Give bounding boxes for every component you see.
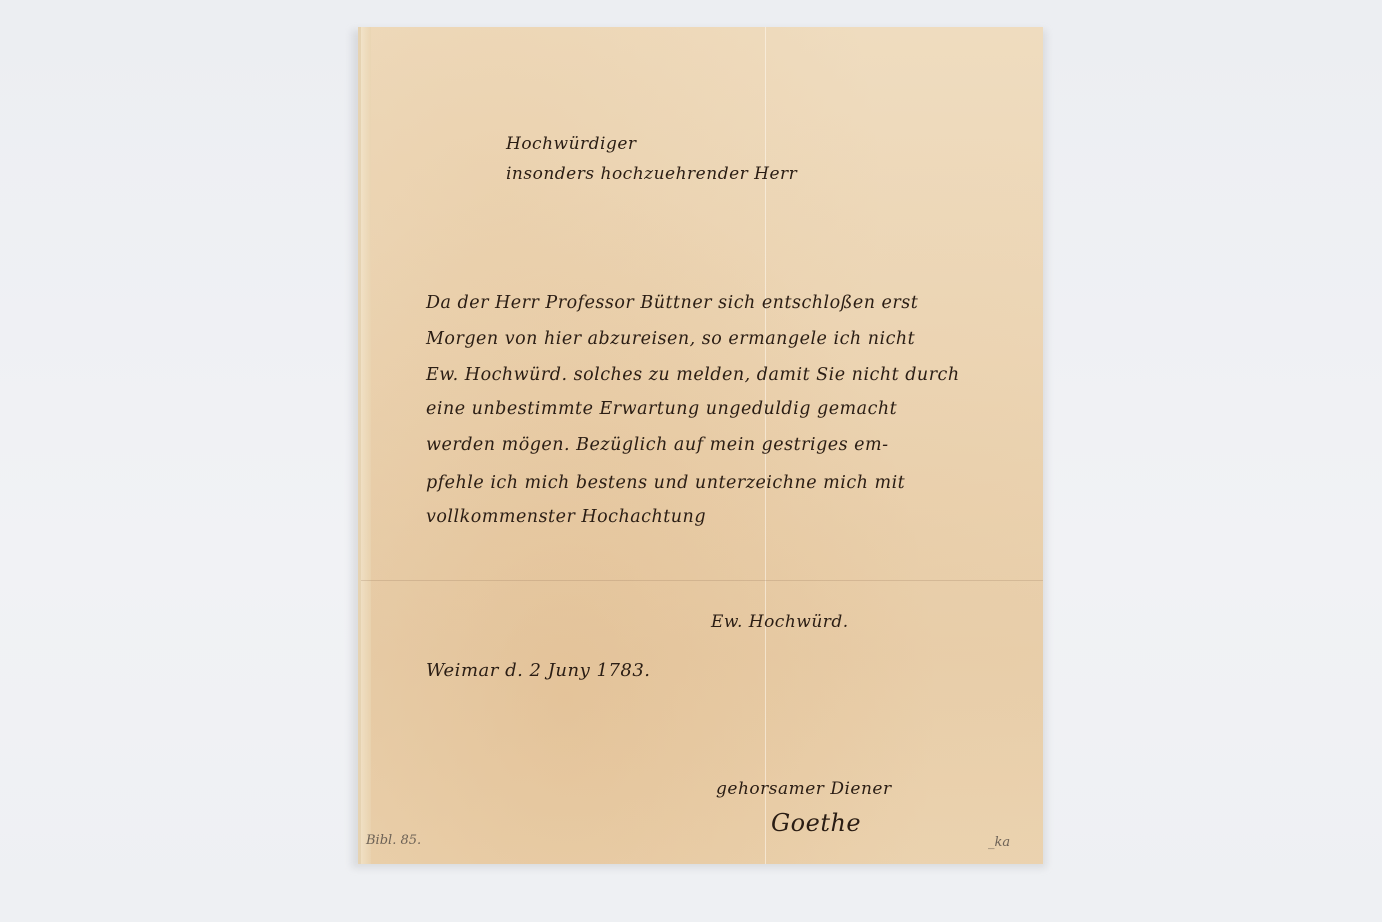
body-line-5: werden mögen. Bezüglich auf mein gestrig… (426, 435, 889, 455)
pencil-note-right: _ka (988, 835, 1010, 850)
signature: Goethe (771, 809, 861, 837)
body-line-2: Morgen von hier abzureisen, so ermangele… (426, 329, 915, 349)
body-line-1: Da der Herr Professor Büttner sich entsc… (426, 293, 918, 313)
pencil-note-left: Bibl. 85. (366, 833, 421, 848)
body-line-7: vollkommenster Hochachtung (426, 507, 706, 527)
body-line-3: Ew. Hochwürd. solches zu melden, damit S… (426, 365, 960, 385)
place-and-date: Weimar d. 2 Juny 1783. (426, 660, 651, 681)
salutation-line-2: insonders hochzuehrender Herr (506, 164, 797, 184)
salutation-line-1: Hochwürdiger (506, 134, 637, 154)
letter-paper: Hochwürdiger insonders hochzuehrender He… (358, 27, 1043, 864)
closing-phrase: gehorsamer Diener (716, 779, 892, 799)
body-line-6: pfehle ich mich bestens und unterzeichne… (426, 473, 905, 493)
closing-address: Ew. Hochwürd. (711, 612, 849, 632)
horizontal-fold-line (361, 580, 1043, 581)
body-line-4: eine unbestimmte Erwartung ungeduldig ge… (426, 399, 897, 419)
